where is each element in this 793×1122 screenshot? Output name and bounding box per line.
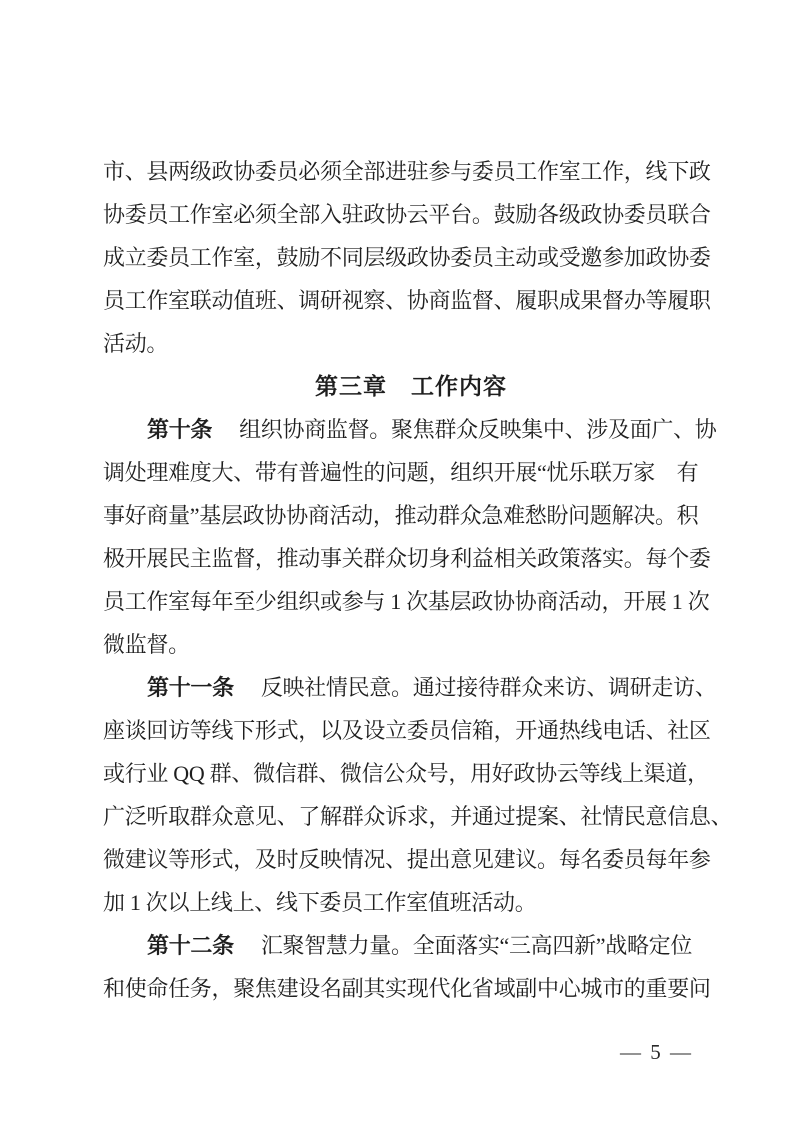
- article-text: 组织协商监督。聚焦群众反映集中、涉及面广、协: [239, 417, 716, 442]
- text-line: 调处理难度大、带有普遍性的问题，组织开展“忧乐联万家 有: [103, 451, 719, 494]
- text-line: 微建议等形式，及时反映情况、提出意见建议。每名委员每年参: [103, 838, 719, 881]
- text-line: 活动。: [103, 322, 719, 365]
- text-line: 座谈回访等线下形式，以及设立委员信箱，开通热线电话、社区: [103, 709, 719, 752]
- text-line: 成立委员工作室，鼓励不同层级政协委员主动或受邀参加政协委: [103, 236, 719, 279]
- continuation-paragraph: 市、县两级政协委员必须全部进驻参与委员工作室工作，线下政 协委员工作室必须全部入…: [103, 150, 719, 365]
- article-first-line: 第十二条汇聚智慧力量。全面落实“三高四新”战略定位: [103, 924, 719, 967]
- text-line: 协委员工作室必须全部入驻政协云平台。鼓励各级政协委员联合: [103, 193, 719, 236]
- article-10: 第十条组织协商监督。聚焦群众反映集中、涉及面广、协 调处理难度大、带有普遍性的问…: [103, 408, 719, 666]
- text-line: 加 1 次以上线上、线下委员工作室值班活动。: [103, 881, 719, 924]
- text-line: 或行业 QQ 群、微信群、微信公众号，用好政协云等线上渠道，: [103, 752, 719, 795]
- document-page: 市、县两级政协委员必须全部进驻参与委员工作室工作，线下政 协委员工作室必须全部入…: [0, 0, 793, 1122]
- text-line: 员工作室每年至少组织或参与 1 次基层政协协商活动，开展 1 次: [103, 580, 719, 623]
- article-first-line: 第十条组织协商监督。聚焦群众反映集中、涉及面广、协: [103, 408, 719, 451]
- text-line: 事好商量”基层政协协商活动，推动群众急难愁盼问题解决。积: [103, 494, 719, 537]
- text-line: 广泛听取群众意见、了解群众诉求，并通过提案、社情民意信息、: [103, 795, 719, 838]
- article-number: 第十条: [147, 417, 212, 442]
- text-line: 和使命任务，聚焦建设名副其实现代化省域副中心城市的重要问: [103, 967, 719, 1010]
- chapter-heading: 第三章 工作内容: [103, 365, 719, 408]
- article-11: 第十一条反映社情民意。通过接待群众来访、调研走访、 座谈回访等线下形式，以及设立…: [103, 666, 719, 924]
- article-text: 汇聚智慧力量。全面落实“三高四新”战略定位: [261, 933, 692, 958]
- page-content: 市、县两级政协委员必须全部进驻参与委员工作室工作，线下政 协委员工作室必须全部入…: [103, 150, 719, 1010]
- page-number: — 5 —: [620, 1040, 693, 1065]
- article-12: 第十二条汇聚智慧力量。全面落实“三高四新”战略定位 和使命任务，聚焦建设名副其实…: [103, 924, 719, 1010]
- text-line: 员工作室联动值班、调研视察、协商监督、履职成果督办等履职: [103, 279, 719, 322]
- article-number: 第十一条: [147, 675, 234, 700]
- text-line: 市、县两级政协委员必须全部进驻参与委员工作室工作，线下政: [103, 150, 719, 193]
- article-text: 反映社情民意。通过接待群众来访、调研走访、: [261, 675, 717, 700]
- article-first-line: 第十一条反映社情民意。通过接待群众来访、调研走访、: [103, 666, 719, 709]
- text-line: 极开展民主监督，推动事关群众切身利益相关政策落实。每个委: [103, 537, 719, 580]
- text-line: 微监督。: [103, 623, 719, 666]
- article-number: 第十二条: [147, 933, 234, 958]
